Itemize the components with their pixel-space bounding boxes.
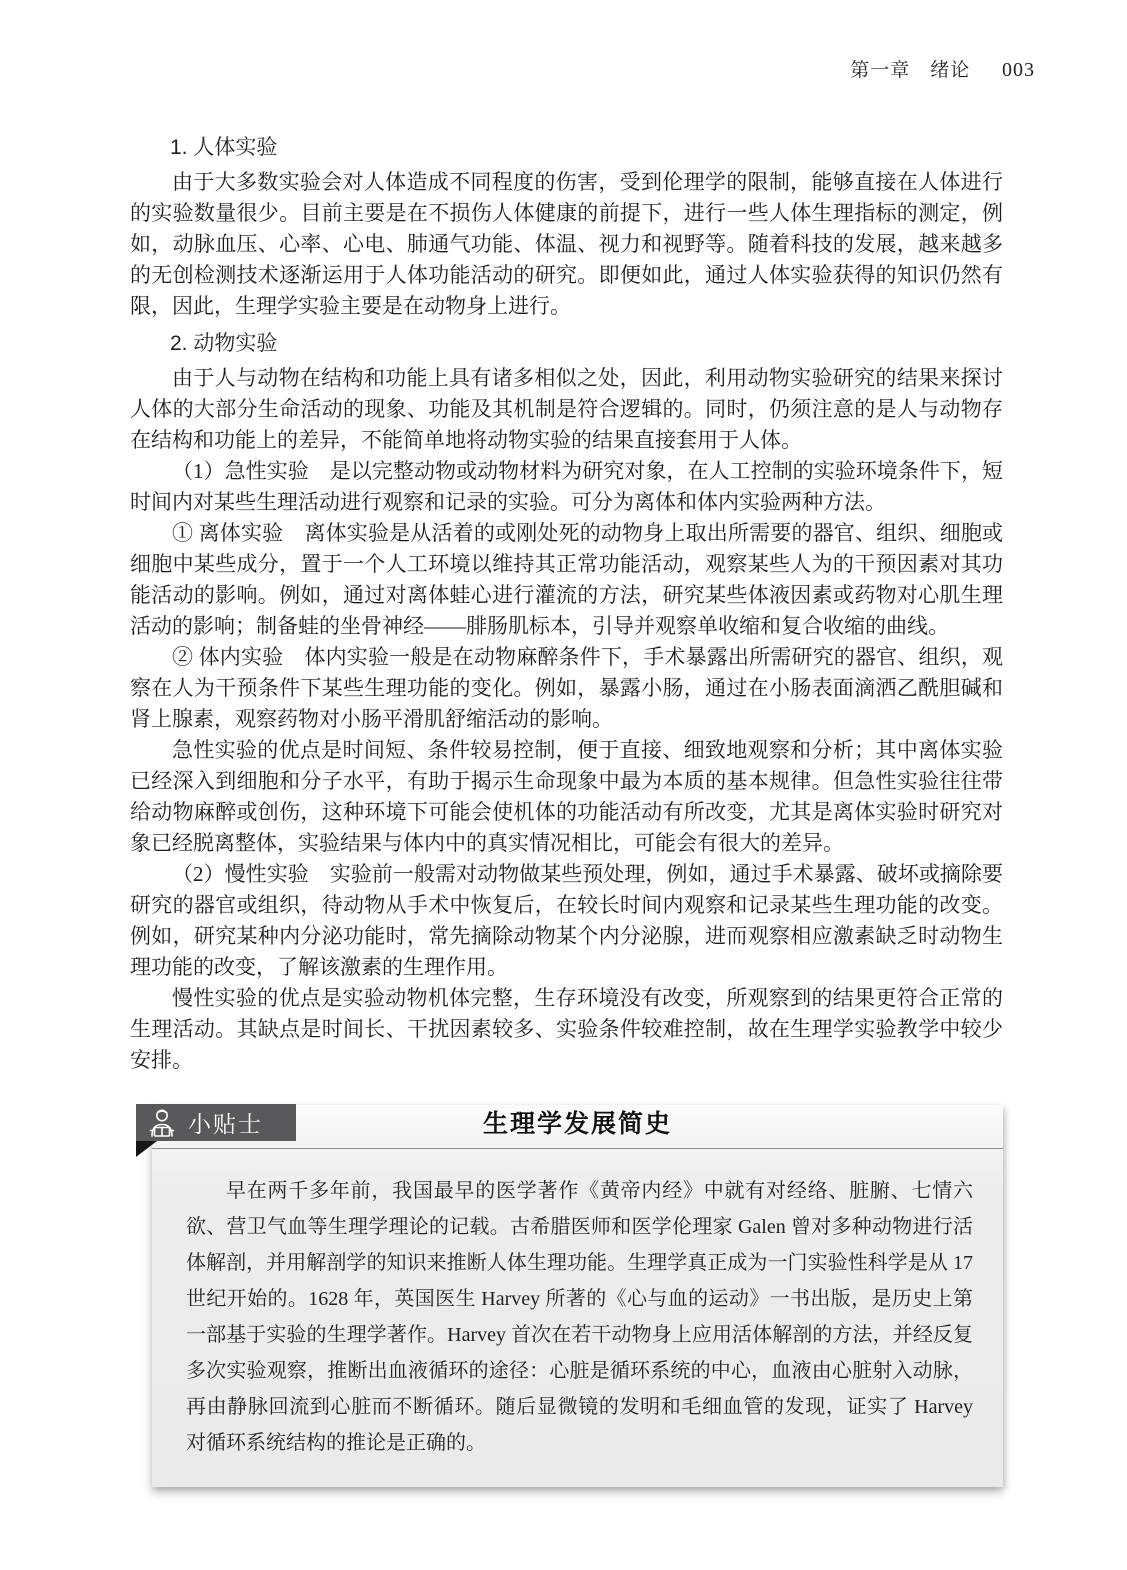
tip-box-panel: 生理学发展简史 小贴士 (152, 1105, 1003, 1487)
paragraph-in-vitro-experiment: ① 离体实验 离体实验是从活着的或刚处死的动物身上取出所需要的器官、组织、细胞或… (130, 518, 1003, 642)
paragraph-chronic-experiment: （2）慢性实验 实验前一般需对动物做某些预处理，例如，通过手术暴露、破坏或摘除要… (130, 859, 1003, 983)
running-head: 第一章 绪论 003 (130, 55, 1035, 82)
folded-corner (136, 1141, 157, 1157)
paragraph-acute-experiment: （1）急性实验 是以完整动物或动物材料为研究对象，在人工控制的实验环境条件下，短… (130, 456, 1003, 518)
paragraph-acute-pros-cons: 急性实验的优点是时间短、条件较易控制，便于直接、细致地观察和分析；其中离体实验已… (130, 735, 1003, 859)
page-number: 003 (1002, 59, 1035, 81)
page-content: 1. 人体实验 由于大多数实验会对人体造成不同程度的伤害，受到伦理学的限制，能够… (130, 132, 1003, 1487)
tip-box-body: 早在两千多年前，我国最早的医学著作《黄帝内经》中就有对经络、脏腑、七情六欲、营卫… (152, 1149, 1003, 1469)
running-head-chapter: 第一章 绪论 (850, 60, 970, 81)
paragraph-in-vivo-experiment: ② 体内实验 体内实验一般是在动物麻醉条件下，手术暴露出所需研究的器官、组织，观… (130, 642, 1003, 735)
reader-icon (148, 1108, 176, 1138)
paragraph: 由于大多数实验会对人体造成不同程度的伤害，受到伦理学的限制，能够直接在人体进行的… (130, 167, 1003, 322)
section-heading-animal-experiment: 2. 动物实验 (130, 328, 1003, 359)
tip-box-tab: 小贴士 (136, 1104, 296, 1141)
textbook-page: 第一章 绪论 003 1. 人体实验 由于大多数实验会对人体造成不同程度的伤害，… (0, 0, 1127, 1570)
paragraph-chronic-pros-cons: 慢性实验的优点是实验动物机体完整，生存环境没有改变，所观察到的结果更符合正常的生… (130, 983, 1003, 1076)
tip-box: 生理学发展简史 小贴士 (152, 1105, 1003, 1487)
tip-box-tab-label: 小贴士 (188, 1106, 263, 1139)
section-heading-human-experiment: 1. 人体实验 (130, 132, 1003, 163)
paragraph: 由于人与动物在结构和功能上具有诸多相似之处，因此，利用动物实验研究的结果来探讨人… (130, 363, 1003, 456)
tip-box-header: 生理学发展简史 小贴士 (152, 1105, 1003, 1149)
